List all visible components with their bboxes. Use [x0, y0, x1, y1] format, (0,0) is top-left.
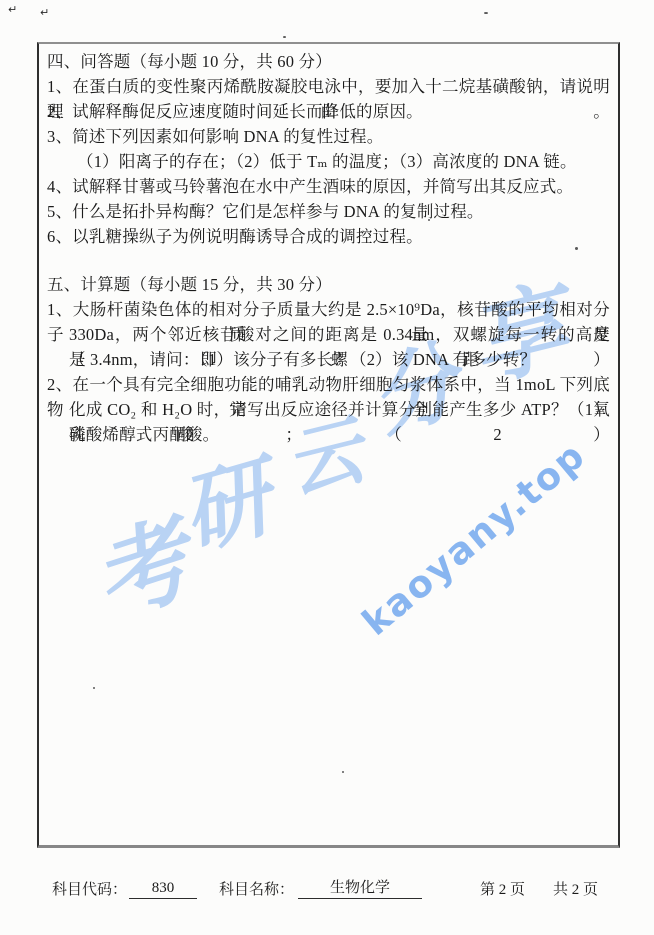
exam-content-box: 四、问答题（每小题 10 分，共 60 分） 1、在蛋白质的变性聚丙烯酰胺凝胶电…: [37, 42, 620, 848]
q4-3: 3、简述下列因素如何影响 DNA 的复性过程。: [47, 124, 610, 149]
scan-speck: [484, 12, 488, 14]
q5-1-line3: 是 3.4nm，请问：（1）该分子有多长？（2）该 DNA 有多少转？: [47, 347, 610, 372]
subject-code-value: 830: [129, 879, 197, 899]
q5-2-line1: 2、在一个具有完全细胞功能的哺乳动物肝细胞匀浆体系中，当 1moL 下列底物完全…: [47, 372, 610, 397]
q4-4: 4、试解释甘薯或马铃薯泡在水中产生酒味的原因，并简写出其反应式。: [47, 174, 610, 199]
scan-speck: [283, 36, 286, 38]
q5-1-line2: 330Da，两个邻近核苷酸对之间的距离是 0.34nm，双螺旋每一转的高度（即螺…: [47, 322, 610, 347]
q4-1: 1、在蛋白质的变性聚丙烯酰胺凝胶电泳中，要加入十二烷基磺酸钠，请说明理由。: [47, 74, 610, 99]
subject-code-label: 科目代码：: [52, 878, 127, 899]
q4-3-subitems: （1）阳离子的存在；（2）低于 Tₘ 的温度；（3）高浓度的 DNA 链。: [47, 149, 610, 174]
q4-5: 5、什么是拓扑异构酶？它们是怎样参与 DNA 的复制过程。: [47, 199, 610, 224]
section5-header: 五、计算题（每小题 15 分，共 30 分）: [47, 272, 610, 297]
scan-artifact-return-icon: ↵: [8, 3, 17, 16]
page-footer: 科目代码： 830 科目名称： 生物化学 第 2 页 共 2 页: [0, 878, 654, 908]
footer-subject-info: 科目代码： 830 科目名称： 生物化学: [52, 878, 422, 899]
page-number: 第 2 页: [480, 878, 525, 899]
q5-2-line2: 化成 CO₂ 和 H₂O 时，请写出反应途径并计算分别能产生多少 ATP？（1）…: [47, 397, 610, 422]
q5-1-line1: 1、大肠杆菌染色体的相对分子质量大约是 2.5×10⁹Da，核苷酸的平均相对分子…: [47, 297, 610, 322]
subject-name-label: 科目名称：: [219, 878, 294, 899]
scan-artifact-return-icon: ↵: [40, 6, 49, 19]
scanned-exam-page: ↵ ↵ 考 研 云 分 享 kaoyany.top 四、问答题（每小题 10 分…: [0, 0, 654, 935]
subject-name-value: 生物化学: [298, 879, 422, 899]
footer-page-info: 第 2 页 共 2 页: [480, 878, 598, 899]
q4-6: 6、以乳糖操纵子为例说明酶诱导合成的调控过程。: [47, 224, 610, 249]
section4-header: 四、问答题（每小题 10 分，共 60 分）: [47, 49, 610, 74]
page-total: 共 2 页: [553, 878, 598, 899]
